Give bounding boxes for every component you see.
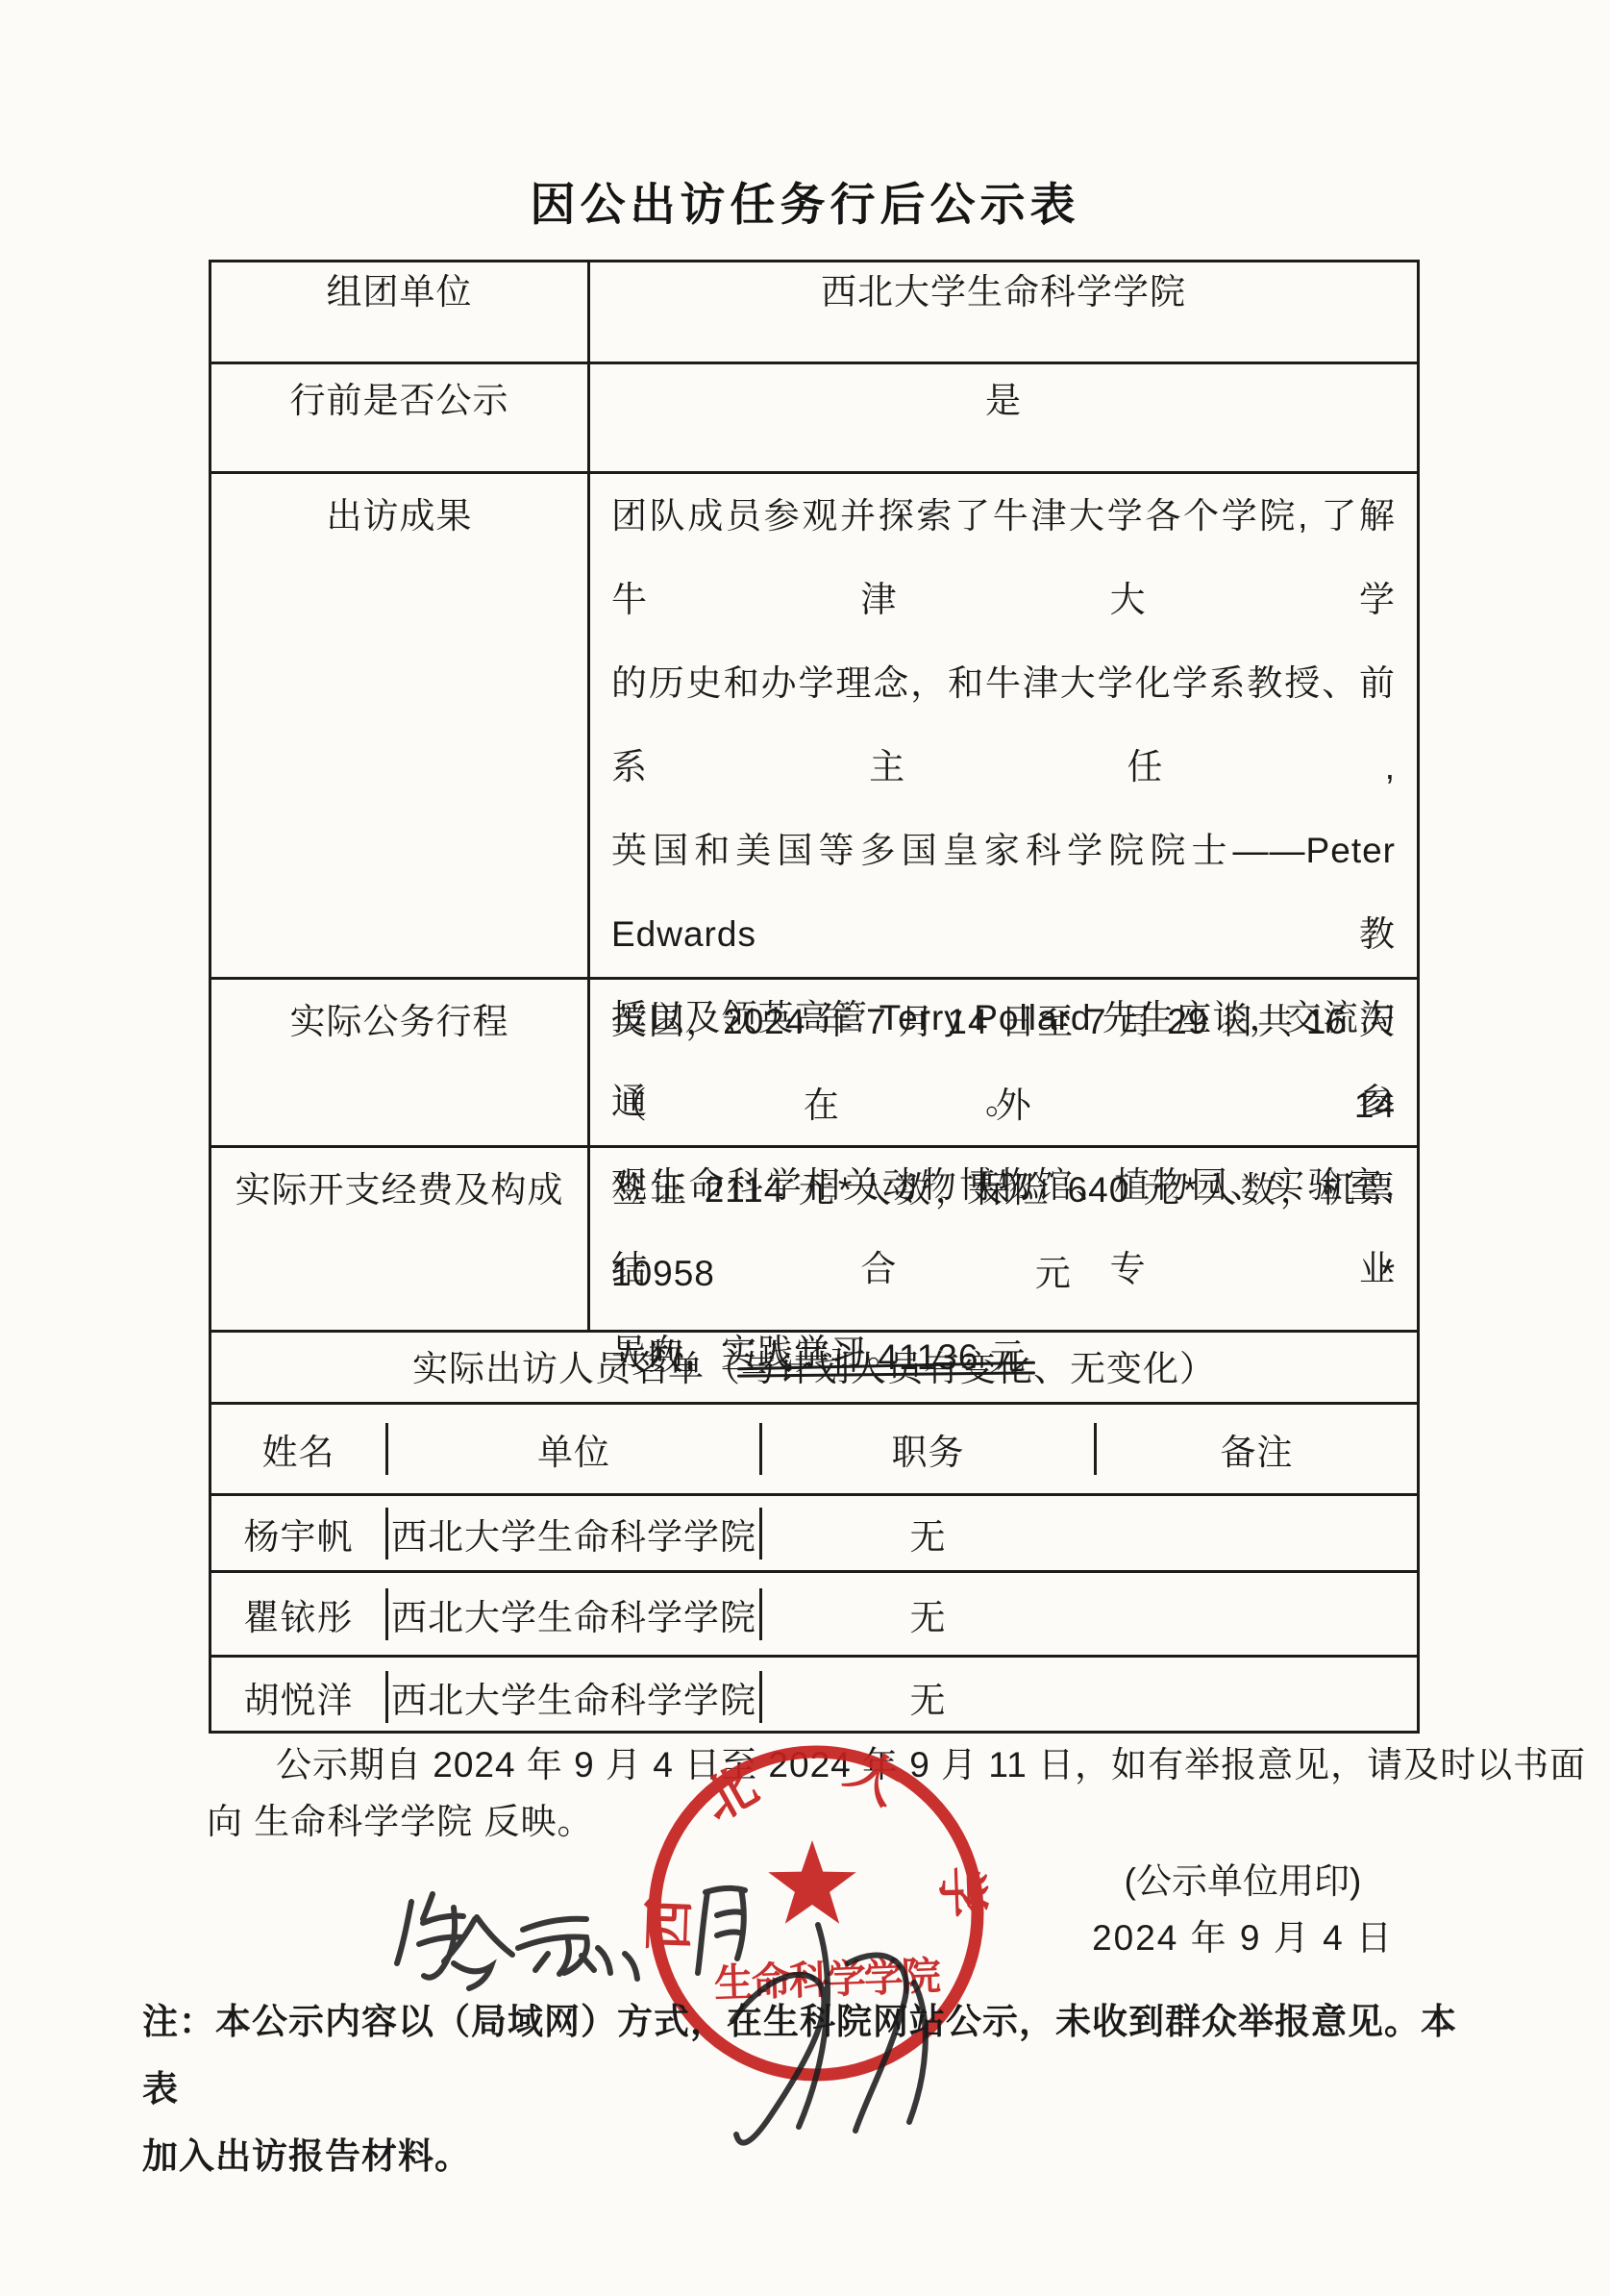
- visit-results-line: 英国和美国等多国皇家科学院院士——Peter Edwards 教: [611, 809, 1396, 976]
- value-pretrip-disclosure: 是: [590, 364, 1417, 471]
- label-actual-expenses: 实际开支经费及构成: [211, 1148, 590, 1330]
- value-group-unit: 西北大学生命科学学院: [590, 262, 1417, 362]
- remark-line2: 加入出访报告材料。: [142, 2123, 1488, 2190]
- roster-col-name: 姓名: [211, 1423, 385, 1475]
- visit-results-line: 团队成员参观并探索了牛津大学各个学院, 了解牛津大学: [611, 474, 1396, 641]
- visit-results-line: 的历史和办学理念，和牛津大学化学系教授、前系主任,: [611, 641, 1396, 809]
- roster-name: 胡悦洋: [211, 1671, 385, 1723]
- handwriting-approval-note: [397, 1894, 637, 1988]
- roster-col-duty: 职务: [759, 1423, 1094, 1475]
- roster-duty: 无: [759, 1588, 1094, 1640]
- roster-col-note: 备注: [1094, 1423, 1417, 1475]
- label-pretrip-disclosure: 行前是否公示: [211, 364, 590, 471]
- expenses-line: 签证 2114 元*人数，保险 640 元*人数，机票 10958 元*: [611, 1148, 1396, 1315]
- roster-title-prefix: 实际出访人员名单（: [412, 1349, 741, 1388]
- roster-header-row: 姓名 单位 职务 备注: [211, 1402, 1417, 1493]
- table-row-actual-itinerary: 实际公务行程 英国，2024 年 7 月 14 日至 7 月 29 日共 16 …: [211, 977, 1417, 1145]
- table-row-visit-results: 出访成果 团队成员参观并探索了牛津大学各个学院, 了解牛津大学 的历史和办学理念…: [211, 471, 1417, 977]
- value-actual-expenses: 签证 2114 元*人数，保险 640 元*人数，机票 10958 元* 人数，…: [590, 1148, 1417, 1330]
- seal-caption: (公示单位用印): [1084, 1861, 1401, 1902]
- disclosure-date: 2024 年 9 月 4 日: [1084, 1918, 1401, 1959]
- table-row-group-unit: 组团单位 西北大学生命科学学院: [211, 262, 1417, 362]
- page-title: 因公出访任务行后公示表: [0, 169, 1610, 234]
- notice-table: 组团单位 西北大学生命科学学院 行前是否公示 是 出访成果 团队成员参观并探索了…: [209, 260, 1420, 1734]
- roster-name: 杨宇帆: [211, 1508, 385, 1560]
- scanned-document-page: 因公出访任务行后公示表 组团单位 西北大学生命科学学院 行前是否公示 是 出访成…: [0, 0, 1610, 2296]
- roster-col-unit: 单位: [385, 1423, 759, 1475]
- itinerary-line: 英国，2024 年 7 月 14 日至 7 月 29 日共 16 天（在外 14: [611, 980, 1396, 1147]
- value-visit-results: 团队成员参观并探索了牛津大学各个学院, 了解牛津大学 的历史和办学理念，和牛津大…: [590, 474, 1417, 977]
- label-visit-results: 出访成果: [211, 474, 590, 977]
- roster-row: 杨宇帆 西北大学生命科学学院 无: [211, 1493, 1417, 1570]
- table-row-actual-expenses: 实际开支经费及构成 签证 2114 元*人数，保险 640 元*人数，机票 10…: [211, 1145, 1417, 1330]
- remark-line1: 注：本公示内容以（局域网）方式，在生科院网站公示，未收到群众举报意见。本表: [142, 1988, 1488, 2123]
- value-actual-itinerary: 英国，2024 年 7 月 14 日至 7 月 29 日共 16 天（在外 14…: [590, 980, 1417, 1145]
- roster-title-struck-text: 与计划人员有变化: [741, 1333, 1033, 1405]
- roster-unit: 西北大学生命科学学院: [385, 1508, 759, 1560]
- remark-paragraph: 注：本公示内容以（局域网）方式，在生科院网站公示，未收到群众举报意见。本表 加入…: [142, 1988, 1488, 2190]
- table-row-pretrip-disclosure: 行前是否公示 是: [211, 362, 1417, 471]
- roster-name: 瞿铱彤: [211, 1588, 385, 1640]
- seal-caption-block: (公示单位用印) 2024 年 9 月 4 日: [1084, 1861, 1401, 1959]
- roster-title-suffix: 、无变化）: [1033, 1349, 1216, 1388]
- label-group-unit: 组团单位: [211, 262, 590, 362]
- roster-duty: 无: [759, 1508, 1094, 1560]
- label-actual-itinerary: 实际公务行程: [211, 980, 590, 1145]
- roster-row: 瞿铱彤 西北大学生命科学学院 无: [211, 1570, 1417, 1655]
- roster-unit: 西北大学生命科学学院: [385, 1588, 759, 1640]
